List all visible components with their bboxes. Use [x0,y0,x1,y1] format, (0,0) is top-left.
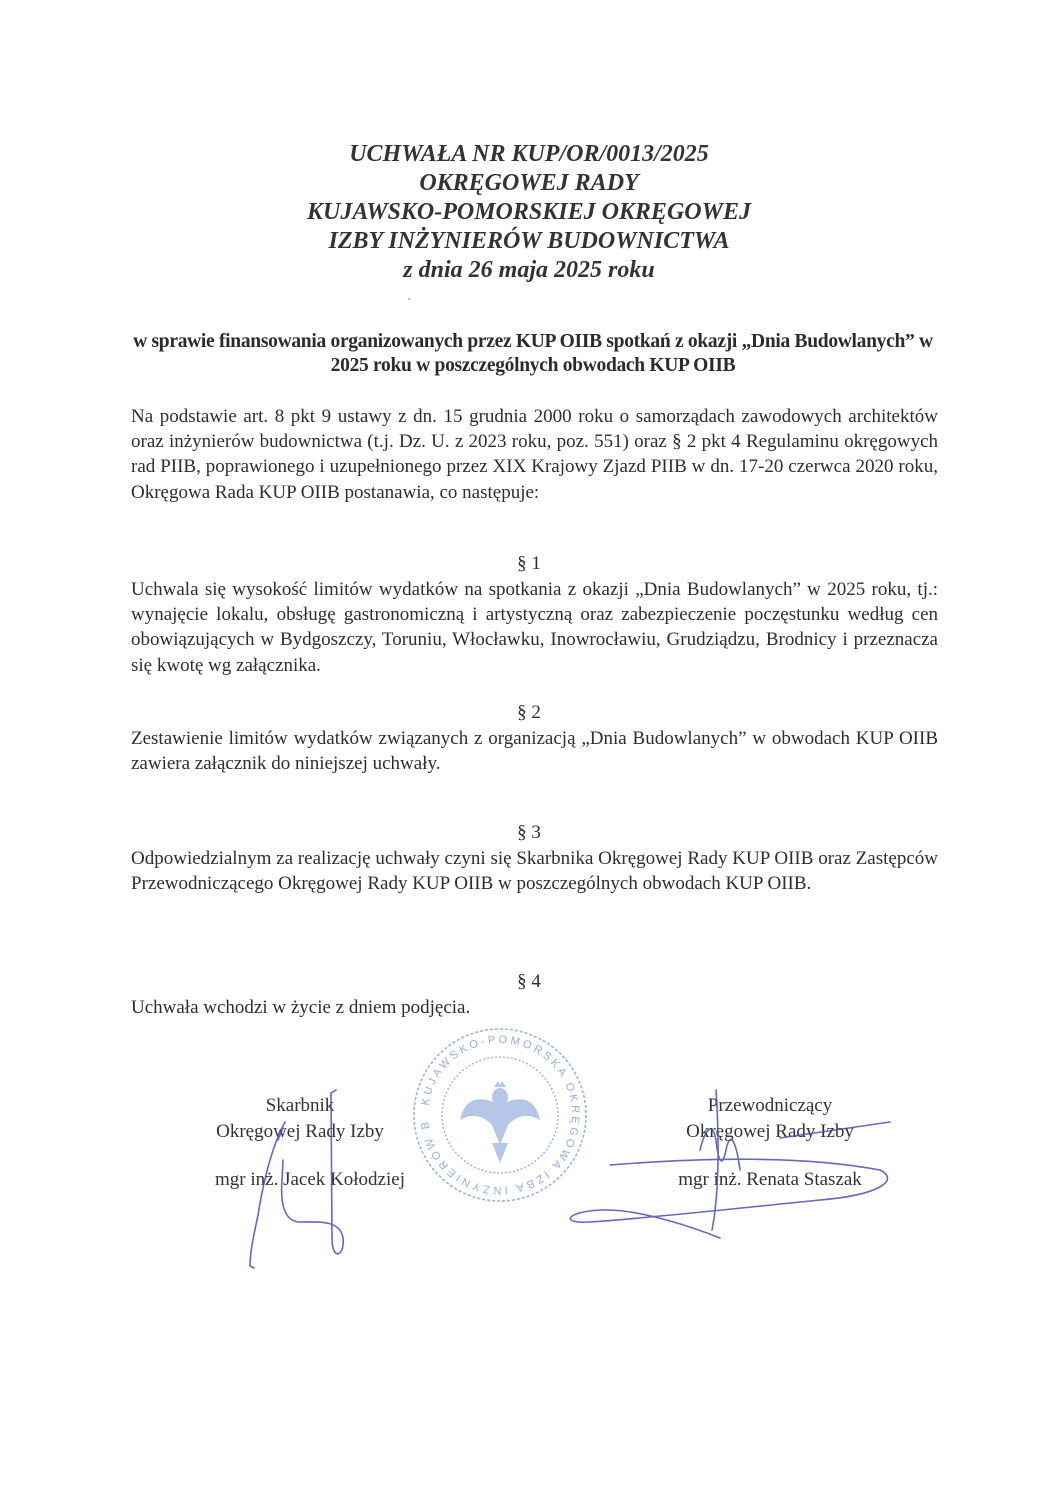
signatory-role: Przewodniczący [640,1093,900,1119]
eagle-emblem-icon [460,1081,540,1163]
signatory-name: mgr inż. Renata Staszak [640,1167,900,1193]
signatory-body: Okręgowej Rady Izby [190,1119,410,1145]
document-page: UCHWAŁA NR KUP/OR/0013/2025 OKRĘGOWEJ RA… [0,0,1058,1496]
signatory-body: Okręgowej Rady Izby [640,1119,900,1145]
resolution-date: z dnia 26 maja 2025 roku [0,256,1058,285]
signature-block-treasurer: Skarbnik Okręgowej Rady Izby mgr inż. Ja… [190,1093,410,1193]
section-text-2: Zestawienie limitów wydatków związanych … [131,726,938,776]
title-line: KUJAWSKO-POMORSKIEJ OKRĘGOWEJ [0,198,1058,227]
section-mark-3: § 3 [0,822,1058,844]
title-line: OKRĘGOWEJ RADY [0,169,1058,198]
signature-block-chairman: Przewodniczący Okręgowej Rady Izby mgr i… [640,1093,900,1193]
official-stamp: KUJAWSKO-POMORSKA OKRĘGOWA IZBA INŻYNIER… [410,1025,590,1205]
section-mark-4: § 4 [0,971,1058,993]
resolution-subject: w sprawie finansowania organizowanych pr… [130,330,936,378]
preamble: Na podstawie art. 8 pkt 9 ustawy z dn. 1… [131,404,938,505]
section-mark-2: § 2 [0,702,1058,724]
section-text-4: Uchwała wchodzi w życie z dniem podjęcia… [131,995,938,1020]
section-text-3: Odpowiedzialnym za realizację uchwały cz… [131,846,938,896]
title-line: UCHWAŁA NR KUP/OR/0013/2025 [0,140,1058,169]
scan-speck [408,298,410,300]
title-line: IZBY INŻYNIERÓW BUDOWNICTWA [0,227,1058,256]
signatory-name: mgr inż. Jacek Kołodziej [210,1167,410,1193]
resolution-title: UCHWAŁA NR KUP/OR/0013/2025 OKRĘGOWEJ RA… [0,140,1058,285]
signatory-role: Skarbnik [190,1093,410,1119]
section-text-1: Uchwala się wysokość limitów wydatków na… [131,577,938,678]
section-mark-1: § 1 [0,553,1058,575]
